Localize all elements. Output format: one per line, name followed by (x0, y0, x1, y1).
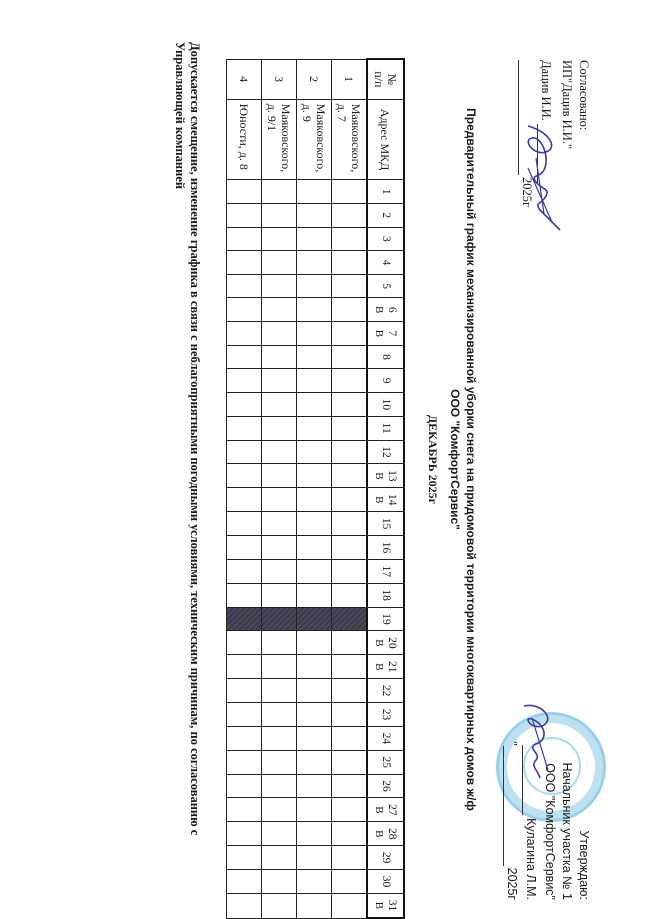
approval-agreed-org: ИП"Дацив И.И." (558, 60, 575, 250)
weekend-mark: В (373, 894, 386, 917)
schedule-cell[interactable] (262, 464, 297, 488)
row-address: Юности, д. 8 (227, 99, 262, 180)
schedule-cell[interactable] (297, 298, 332, 322)
schedule-cell[interactable] (262, 870, 297, 894)
schedule-cell[interactable] (332, 583, 368, 607)
day-number: 16 (380, 542, 392, 554)
date-blank (518, 60, 531, 175)
column-header-day: 7В (367, 322, 404, 346)
weekend-mark: В (373, 631, 386, 654)
schedule-cell[interactable] (227, 774, 262, 798)
schedule-cell[interactable] (262, 703, 297, 727)
day-number: 8 (380, 354, 392, 360)
schedule-cell[interactable] (262, 416, 297, 440)
schedule-cell[interactable] (262, 512, 297, 536)
schedule-cell[interactable] (297, 180, 332, 204)
column-header-address: Адрес МКД (367, 99, 404, 180)
schedule-cell[interactable] (297, 726, 332, 750)
schedule-cell[interactable] (262, 274, 297, 298)
day-number: 22 (380, 685, 392, 697)
approval-approved-heading: Утверждаю: (575, 700, 592, 900)
schedule-cell[interactable] (297, 227, 332, 251)
day-number: 15 (380, 518, 392, 530)
day-number: 30 (380, 876, 392, 888)
column-header-day: 1 (367, 180, 404, 204)
day-number: 20 (387, 637, 399, 649)
schedule-cell[interactable] (262, 298, 297, 322)
day-number: 19 (380, 613, 392, 625)
schedule-cell[interactable] (332, 464, 368, 488)
table-row: 4Юности, д. 8 (227, 59, 262, 918)
day-number: 23 (380, 709, 392, 721)
schedule-cell[interactable] (332, 298, 368, 322)
column-header-day: 13В (367, 464, 404, 488)
schedule-cell[interactable] (227, 369, 262, 393)
schedule-cell[interactable] (297, 774, 332, 798)
column-header-day: 25 (367, 750, 404, 774)
schedule-cell[interactable] (297, 392, 332, 416)
schedule-cell[interactable] (332, 822, 368, 846)
schedule-cell[interactable] (297, 750, 332, 774)
schedule-cell-scheduled[interactable] (297, 607, 332, 631)
schedule-cell[interactable] (332, 631, 368, 655)
approval-approved-signer: Кулагина Л.М. (524, 818, 538, 900)
schedule-cell[interactable] (262, 180, 297, 204)
schedule-cell[interactable] (227, 274, 262, 298)
schedule-cell[interactable] (297, 440, 332, 464)
approval-approved-signer-line: Кулагина Л.М. (522, 700, 539, 900)
day-number: 27 (387, 804, 399, 816)
weekend-mark: В (373, 464, 386, 487)
document-period: ДЕКАБРЬ 2025г (425, 0, 440, 919)
schedule-cell[interactable] (227, 512, 262, 536)
schedule-cell[interactable] (297, 274, 332, 298)
schedule-cell[interactable] (332, 369, 368, 393)
approval-approved-date-suffix: 2025г (505, 868, 519, 900)
schedule-cell[interactable] (227, 298, 262, 322)
schedule-cell[interactable] (297, 631, 332, 655)
column-header-day: 2 (367, 203, 404, 227)
column-header-day: 30 (367, 870, 404, 894)
schedule-cell[interactable] (297, 559, 332, 583)
weekend-mark: В (373, 655, 386, 678)
day-number: 12 (380, 446, 392, 458)
day-number: 14 (387, 494, 399, 506)
schedule-cell[interactable] (262, 227, 297, 251)
table-row: 3Маяковского, д. 9/1 (262, 59, 297, 918)
schedule-cell[interactable] (262, 559, 297, 583)
schedule-cell[interactable] (227, 726, 262, 750)
schedule-cell[interactable] (227, 536, 262, 560)
day-number: 28 (387, 828, 399, 840)
day-number: 11 (380, 423, 392, 434)
schedule-cell[interactable] (332, 798, 368, 822)
schedule-cell[interactable] (332, 655, 368, 679)
column-header-number: № п/п (367, 59, 404, 99)
approval-approved-date-line: "2025г (503, 700, 520, 900)
column-header-day: 19 (367, 607, 404, 631)
column-header-day: 3 (367, 227, 404, 251)
schedule-cell[interactable] (332, 870, 368, 894)
footer-note: Допускается смещение, изменение графика … (172, 42, 202, 902)
column-header-day: 10 (367, 392, 404, 416)
schedule-cell[interactable] (227, 583, 262, 607)
schedule-cell[interactable] (297, 870, 332, 894)
schedule-cell[interactable] (332, 440, 368, 464)
column-header-day: 16 (367, 536, 404, 560)
schedule-cell-scheduled[interactable] (332, 607, 368, 631)
schedule-cell[interactable] (227, 251, 262, 275)
row-address: Маяковского, д. 7 (332, 99, 368, 180)
schedule-cell[interactable] (332, 322, 368, 346)
schedule-cell[interactable] (332, 512, 368, 536)
schedule-cell[interactable] (332, 251, 368, 275)
date-blank (503, 746, 516, 866)
schedule-cell[interactable] (227, 203, 262, 227)
schedule-cell[interactable] (262, 822, 297, 846)
approval-block-agreed: Согласовано: ИП"Дацив И.И." Дацив И.И. 2… (518, 60, 592, 250)
weekend-mark: В (373, 488, 386, 511)
day-number: 3 (380, 236, 392, 242)
schedule-cell[interactable] (332, 488, 368, 512)
schedule-cell[interactable] (297, 251, 332, 275)
column-header-day: 15 (367, 512, 404, 536)
schedule-cell[interactable] (227, 655, 262, 679)
schedule-cell[interactable] (332, 726, 368, 750)
schedule-cell[interactable] (332, 750, 368, 774)
schedule-cell[interactable] (297, 822, 332, 846)
schedule-cell[interactable] (227, 392, 262, 416)
column-header-day: 5 (367, 274, 404, 298)
table-header-row: № п/п Адрес МКД 123456В7В8910111213В14В1… (367, 59, 404, 918)
schedule-cell[interactable] (262, 726, 297, 750)
day-number: 7 (387, 330, 399, 336)
schedule-cell[interactable] (227, 227, 262, 251)
schedule-cell[interactable] (297, 488, 332, 512)
schedule-cell[interactable] (332, 392, 368, 416)
schedule-cell[interactable] (227, 488, 262, 512)
schedule-cell[interactable] (332, 416, 368, 440)
table-row: 2Маяковского, д. 9 (297, 59, 332, 918)
schedule-cell[interactable] (332, 274, 368, 298)
schedule-cell[interactable] (297, 679, 332, 703)
weekend-mark: В (373, 298, 386, 321)
day-number: 29 (380, 852, 392, 864)
approval-approved-org: ООО "КомфортСервис" (541, 700, 558, 900)
approval-agreed-date-suffix: 2025г (520, 177, 534, 207)
schedule-cell[interactable] (262, 798, 297, 822)
schedule-cell[interactable] (227, 440, 262, 464)
column-header-day: 31В (367, 893, 404, 918)
column-header-day: 24 (367, 726, 404, 750)
day-number: 4 (380, 260, 392, 266)
schedule-cell[interactable] (227, 870, 262, 894)
document-title: Предварительный график механизированной … (464, 0, 478, 919)
schedule-cell[interactable] (332, 703, 368, 727)
column-header-day: 29 (367, 846, 404, 870)
weekend-mark: В (373, 322, 386, 345)
row-address: Маяковского, д. 9 (297, 99, 332, 180)
schedule-cell[interactable] (332, 180, 368, 204)
schedule-cell[interactable] (262, 440, 297, 464)
column-header-day: 27В (367, 798, 404, 822)
day-number: 1 (380, 189, 392, 195)
schedule-cell[interactable] (262, 846, 297, 870)
day-number: 6 (387, 307, 399, 313)
schedule-cell[interactable] (262, 488, 297, 512)
column-header-day: 20В (367, 631, 404, 655)
schedule-cell[interactable] (297, 369, 332, 393)
day-number: 25 (380, 756, 392, 768)
schedule-cell[interactable] (297, 655, 332, 679)
schedule-cell[interactable] (227, 345, 262, 369)
column-header-day: 26 (367, 774, 404, 798)
table-row: 1Маяковского, д. 7 (332, 59, 368, 918)
row-number: 2 (297, 59, 332, 99)
schedule-cell[interactable] (227, 822, 262, 846)
schedule-cell[interactable] (227, 679, 262, 703)
weekend-mark: В (373, 798, 386, 821)
schedule-cell[interactable] (262, 251, 297, 275)
schedule-cell[interactable] (297, 536, 332, 560)
schedule-cell[interactable] (297, 322, 332, 346)
schedule-cell-scheduled[interactable] (262, 607, 297, 631)
number-sign: № (386, 74, 400, 85)
schedule-cell[interactable] (227, 464, 262, 488)
row-number: 3 (262, 59, 297, 99)
column-header-day: 21В (367, 655, 404, 679)
schedule-cell[interactable] (227, 322, 262, 346)
row-number: 4 (227, 59, 262, 99)
day-number: 26 (380, 780, 392, 792)
row-address: Маяковского, д. 9/1 (262, 99, 297, 180)
schedule-cell[interactable] (227, 893, 262, 918)
row-number: 1 (332, 59, 368, 99)
schedule-cell[interactable] (262, 631, 297, 655)
column-header-day: 28В (367, 822, 404, 846)
schedule-cell[interactable] (227, 559, 262, 583)
schedule-cell[interactable] (297, 345, 332, 369)
day-number: 31 (387, 900, 399, 912)
column-header-day: 11 (367, 416, 404, 440)
weekend-mark: В (373, 822, 386, 845)
schedule-cell[interactable] (262, 322, 297, 346)
schedule-cell[interactable] (262, 750, 297, 774)
signature-line (522, 745, 535, 815)
day-number: 24 (380, 733, 392, 745)
day-number: 18 (380, 589, 392, 601)
approval-block-approved: Утверждаю: Начальник участка № 1 ООО "Ко… (503, 700, 592, 900)
schedule-cell[interactable] (332, 893, 368, 918)
schedule-cell[interactable] (332, 679, 368, 703)
schedule-cell[interactable] (297, 464, 332, 488)
day-number: 21 (387, 661, 399, 673)
schedule-cell[interactable] (262, 679, 297, 703)
approval-agreed-signer: Дацив И.И. (539, 60, 553, 121)
schedule-cell[interactable] (227, 631, 262, 655)
schedule-cell[interactable] (227, 798, 262, 822)
column-header-day: 14В (367, 488, 404, 512)
approval-agreed-signer-line: Дацив И.И. (537, 60, 554, 250)
day-number: 13 (387, 470, 399, 482)
signature-line (537, 124, 550, 184)
number-sub: п/п (373, 71, 387, 87)
schedule-cell[interactable] (332, 536, 368, 560)
day-number: 2 (380, 212, 392, 218)
schedule-cell[interactable] (332, 227, 368, 251)
schedule-cell[interactable] (227, 416, 262, 440)
schedule-cell[interactable] (262, 893, 297, 918)
schedule-cell[interactable] (262, 345, 297, 369)
day-number: 5 (380, 283, 392, 289)
snow-removal-schedule-table: № п/п Адрес МКД 123456В7В8910111213В14В1… (226, 58, 405, 919)
schedule-cell[interactable] (332, 846, 368, 870)
column-header-day: 8 (367, 345, 404, 369)
document-company: ООО "КомфортСервис" (448, 0, 462, 919)
schedule-cell[interactable] (227, 180, 262, 204)
schedule-cell[interactable] (297, 798, 332, 822)
schedule-cell[interactable] (262, 583, 297, 607)
schedule-cell[interactable] (297, 703, 332, 727)
document-page: Согласовано: ИП"Дацив И.И." Дацив И.И. 2… (0, 0, 650, 919)
column-header-day: 12 (367, 440, 404, 464)
schedule-cell[interactable] (297, 416, 332, 440)
schedule-cell[interactable] (297, 846, 332, 870)
column-header-day: 4 (367, 251, 404, 275)
schedule-cell[interactable] (227, 846, 262, 870)
schedule-cell[interactable] (297, 512, 332, 536)
schedule-cell[interactable] (262, 536, 297, 560)
schedule-cell[interactable] (297, 893, 332, 918)
column-header-day: 18 (367, 583, 404, 607)
schedule-cell[interactable] (262, 655, 297, 679)
approval-agreed-heading: Согласовано: (575, 60, 592, 250)
schedule-cell[interactable] (262, 203, 297, 227)
schedule-cell[interactable] (297, 203, 332, 227)
schedule-cell[interactable] (262, 392, 297, 416)
schedule-cell[interactable] (332, 345, 368, 369)
column-header-day: 17 (367, 559, 404, 583)
approval-approved-position: Начальник участка № 1 (558, 700, 575, 900)
day-number: 9 (380, 378, 392, 384)
column-header-day: 23 (367, 703, 404, 727)
column-header-day: 9 (367, 369, 404, 393)
schedule-cell[interactable] (332, 774, 368, 798)
column-header-day: 6В (367, 298, 404, 322)
schedule-cell[interactable] (332, 559, 368, 583)
schedule-cell[interactable] (227, 703, 262, 727)
schedule-cell[interactable] (227, 750, 262, 774)
schedule-cell-scheduled[interactable] (227, 607, 262, 631)
day-number: 10 (380, 399, 392, 411)
approval-agreed-date-line: 2025г (518, 60, 535, 250)
schedule-cell[interactable] (297, 583, 332, 607)
schedule-cell[interactable] (332, 203, 368, 227)
schedule-cell[interactable] (262, 774, 297, 798)
day-number: 17 (380, 566, 392, 578)
column-header-day: 22 (367, 679, 404, 703)
schedule-cell[interactable] (262, 369, 297, 393)
